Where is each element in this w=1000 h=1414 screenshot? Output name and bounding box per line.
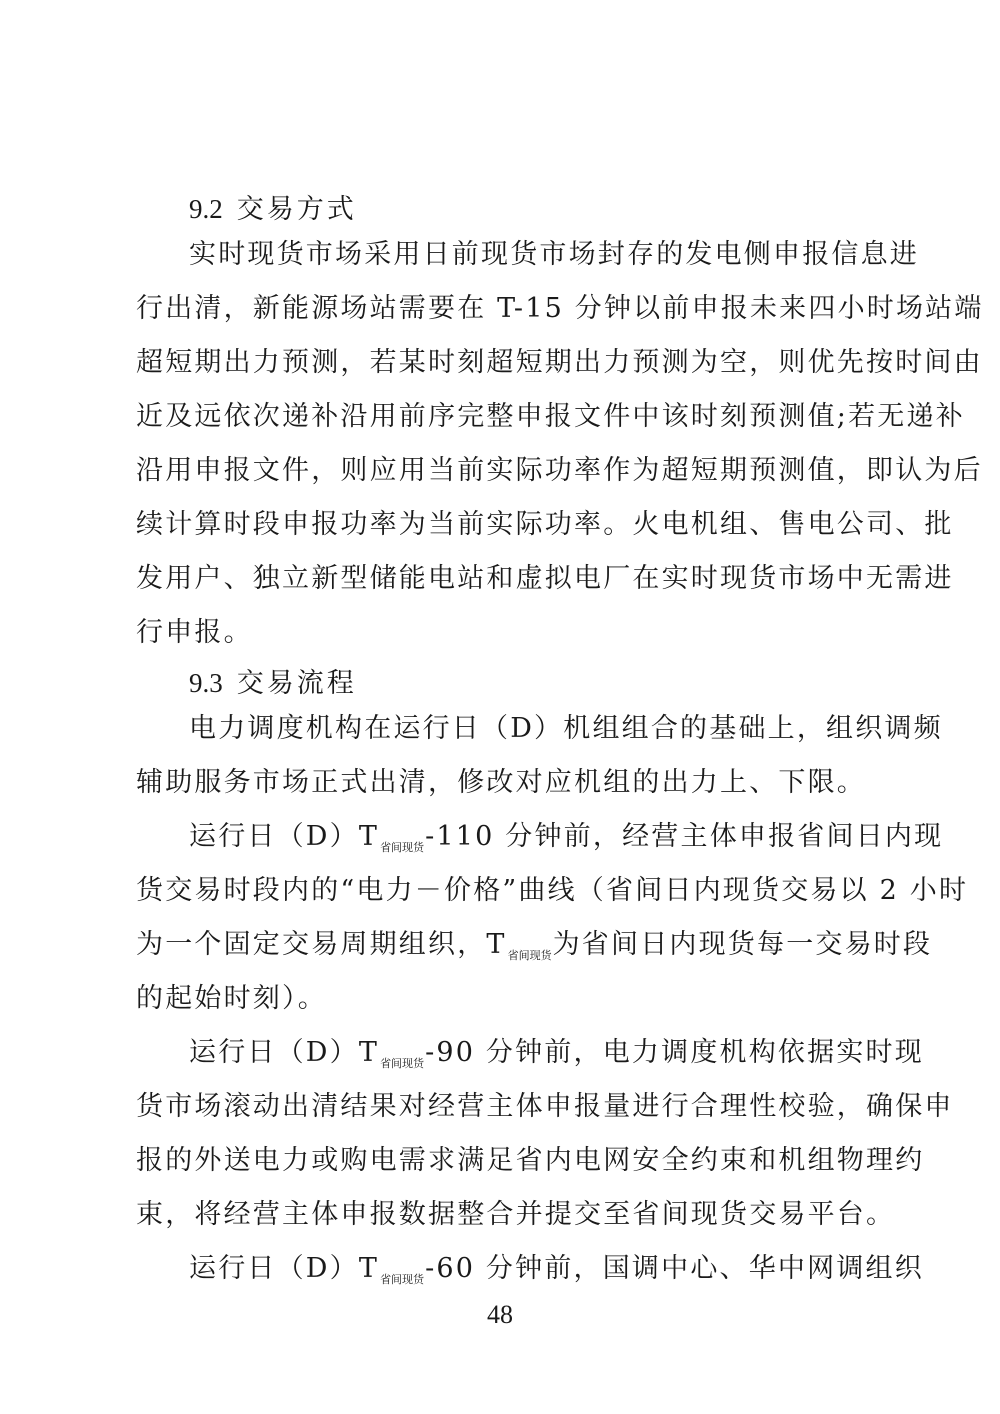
section-number: 9.3 [189,668,223,698]
paragraph-line: 行出清，新能源场站需要在 T-15 分钟以前申报未来四小时场站端 [136,292,876,326]
section-heading-9-3: 9.3交易流程 [189,666,876,701]
text-run: 运行日（D）T [189,1037,379,1068]
section-number: 9.2 [189,194,223,224]
text-run: -110 分钟前，经营主体申报省间日内现 [425,821,943,852]
section-heading-9-2: 9.2交易方式 [189,192,876,227]
text-run: 为一个固定交易周期组织，T [136,929,507,960]
paragraph-line: 货交易时段内的“电力－价格”曲线（省间日内现货交易以 2 小时 [136,874,876,908]
paragraph-line: 续计算时段申报功率为当前实际功率。火电机组、售电公司、批 [136,508,876,542]
text-run: 为省间日内现货每一交易时段 [553,929,933,960]
paragraph-line: 束，将经营主体申报数据整合并提交至省间现货交易平台。 [136,1198,876,1232]
text-run: 运行日（D）T [189,821,379,852]
text-run: 运行日（D）T [189,1253,379,1284]
section-title: 交易方式 [237,194,357,225]
paragraph-line: 发用户、独立新型储能电站和虚拟电厂在实时现货市场中无需进 [136,562,876,596]
paragraph-line: 行申报。 [136,616,876,650]
text-run: -90 分钟前，电力调度机构依据实时现 [425,1037,924,1068]
subscript: 省间现货 [380,1273,424,1286]
paragraph-line: 运行日（D）T省间现货-110 分钟前，经营主体申报省间日内现 [189,820,876,865]
subscript: 省间现货 [380,1057,424,1070]
paragraph-line: 沿用申报文件，则应用当前实际功率作为超短期预测值，即认为后 [136,454,876,488]
subscript: 省间现货 [508,949,552,962]
subscript: 省间现货 [380,841,424,854]
paragraph-line: 的起始时刻）。 [136,982,876,1016]
paragraph-line: 运行日（D）T省间现货-90 分钟前，电力调度机构依据实时现 [189,1036,876,1081]
text-run: -60 分钟前，国调中心、华中网调组织 [425,1253,924,1284]
paragraph-line: 电力调度机构在运行日（D）机组组合的基础上，组织调频 [189,712,876,746]
section-title: 交易流程 [237,668,357,699]
paragraph-line: 货市场滚动出清结果对经营主体申报量进行合理性校验，确保申 [136,1090,876,1124]
paragraph-line: 运行日（D）T省间现货-60 分钟前，国调中心、华中网调组织 [189,1252,876,1297]
paragraph-line: 近及远依次递补沿用前序完整申报文件中该时刻预测值;若无递补 [136,400,876,434]
page-number: 48 [0,1300,1000,1330]
paragraph-line: 实时现货市场采用日前现货市场封存的发电侧申报信息进 [189,238,876,272]
paragraph-line: 辅助服务市场正式出清，修改对应机组的出力上、下限。 [136,766,876,800]
paragraph-line: 报的外送电力或购电需求满足省内电网安全约束和机组物理约 [136,1144,876,1178]
paragraph-line: 超短期出力预测，若某时刻超短期出力预测为空，则优先按时间由 [136,346,876,380]
paragraph-line: 为一个固定交易周期组织，T省间现货为省间日内现货每一交易时段 [136,928,876,973]
